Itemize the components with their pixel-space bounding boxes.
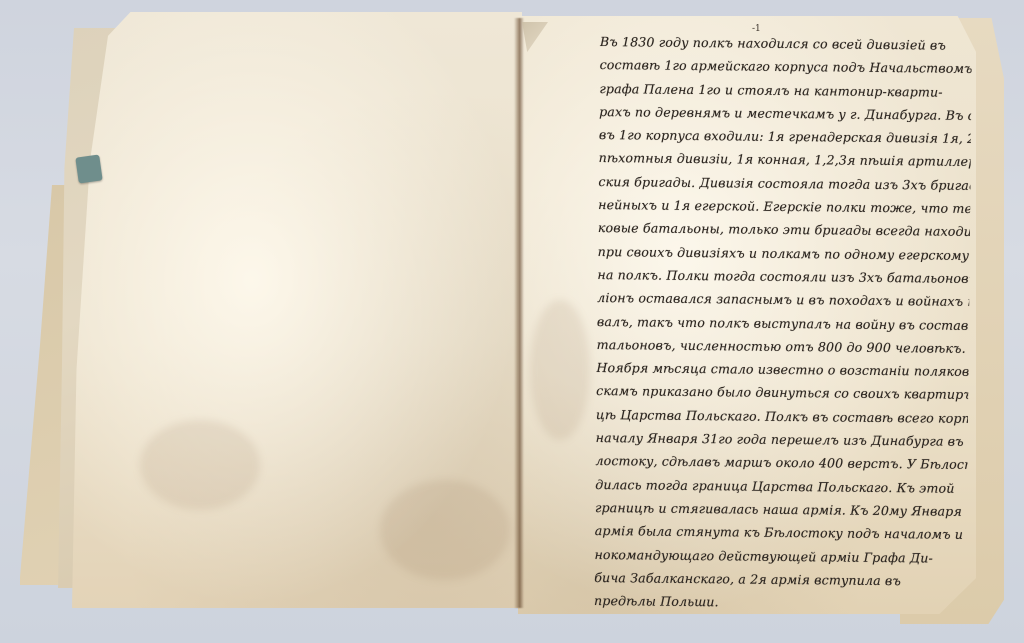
handwritten-text-block: Въ 1830 году полкъ находился со всей див… [594,30,972,616]
paper-stain [380,480,510,580]
manuscript-line: составѣ 1го армейскаго корпуса подъ Нача… [600,53,972,80]
binding-tab [75,154,102,183]
paper-stain [530,300,590,440]
manuscript-line: предѣлы Польши. [594,589,966,616]
manuscript-line: лостоку, сдѣлавъ маршъ около 400 верстъ.… [595,449,967,476]
paper-stain [140,420,260,510]
book-gutter-fold [514,18,524,608]
manuscript-line: лiонъ оставался запаснымъ и въ походахъ … [597,286,969,313]
manuscript-line: ковые батальоны, только эти бригады всег… [598,216,970,243]
manuscript-line: скамъ приказано было двинуться со своихъ… [596,379,968,406]
photo-scene: -1 Въ 1830 году полкъ находился со всей … [0,0,1024,643]
manuscript-line: армiя была стянута къ Бѣлостоку подъ нач… [595,519,967,546]
